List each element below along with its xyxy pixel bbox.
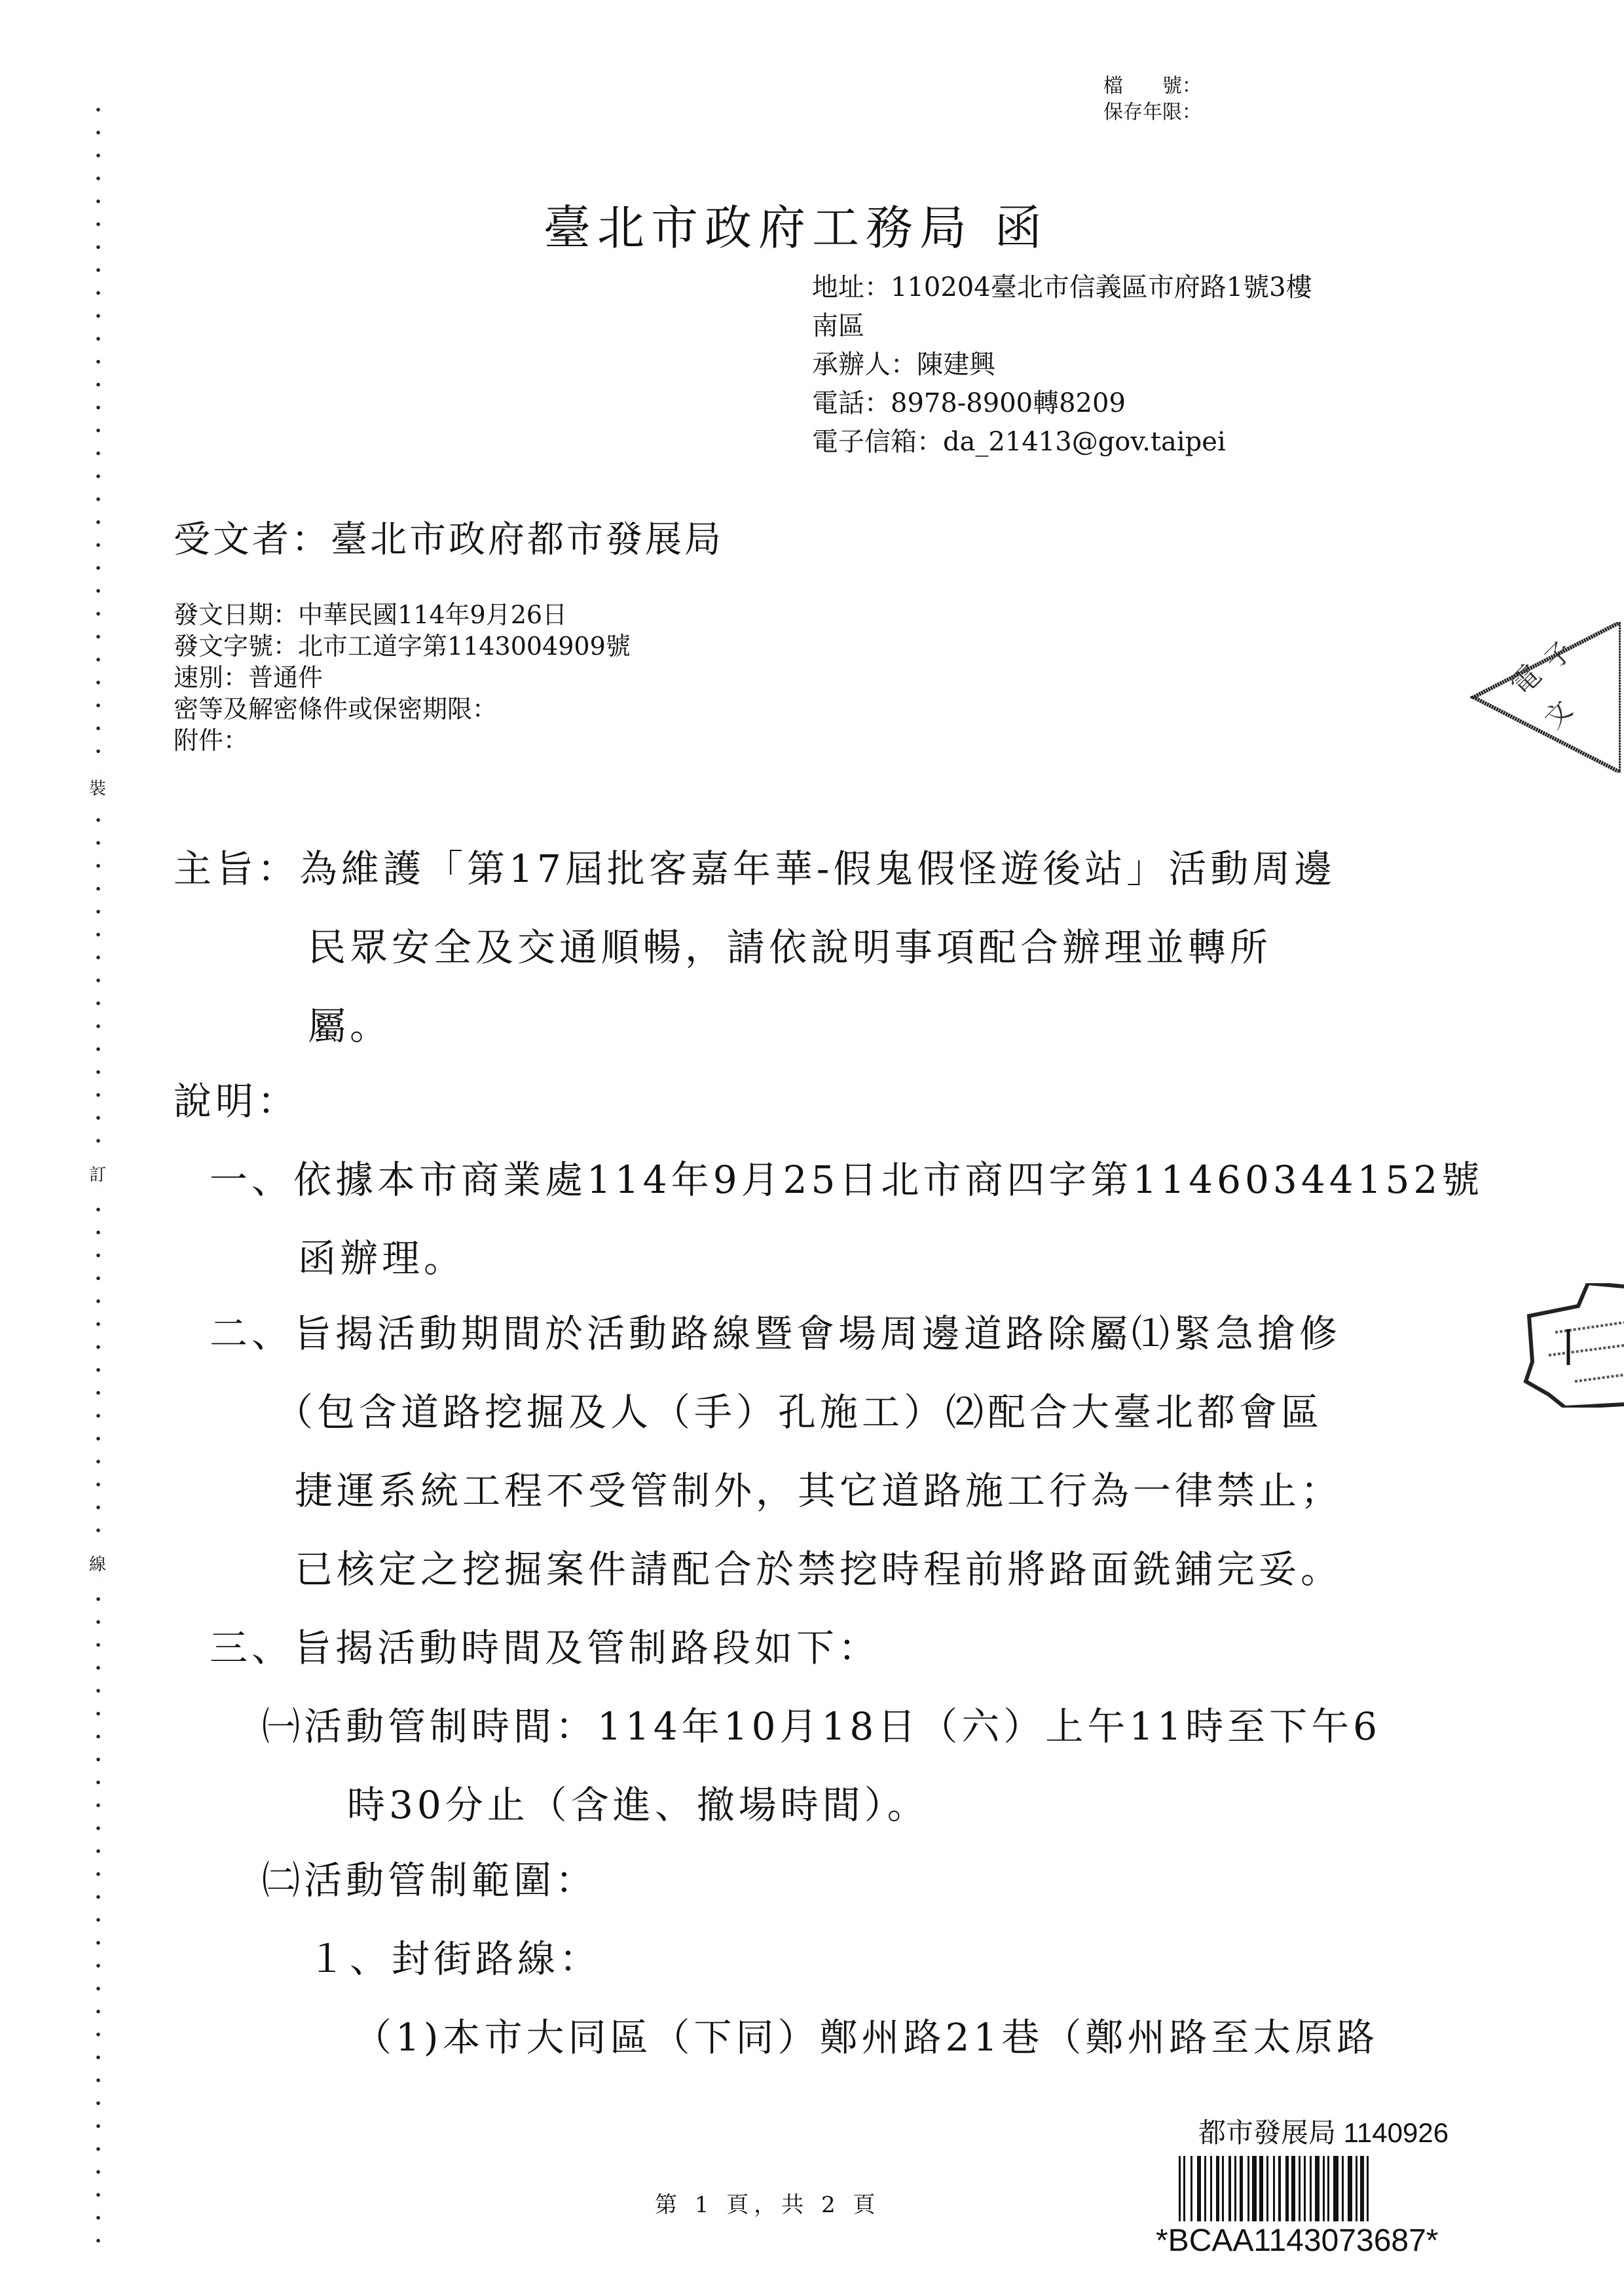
retention-label: 保存年限： (1103, 100, 1202, 126)
subject-label: 主旨： (174, 847, 299, 891)
classification: 密等及解密條件或保密期限： (174, 693, 631, 725)
issue-date: 發文日期：中華民國114年9月26日 (174, 599, 631, 630)
document-meta: 發文日期：中華民國114年9月26日 發文字號：北市工道字第1143004909… (174, 599, 631, 756)
explanation-label: 說明： (174, 1070, 299, 1125)
explanation-item1-line2: 函辦理。 (298, 1228, 466, 1283)
barcode-icon (1179, 2156, 1395, 2221)
subject-line3: 屬。 (308, 995, 392, 1050)
attachments: 附件： (174, 725, 631, 756)
explanation-item2-line1: 二、旨揭活動期間於活動路線暨會場周邊道路除屬⑴緊急搶修 (210, 1303, 1341, 1358)
binding-label-zhuang: 裝 (89, 773, 106, 802)
address-line1: 地址：110204臺北市信義區市府路1號3樓 (812, 268, 1312, 307)
barcode-block: 都市發展局 1140926 *BCAA1143073687* (1146, 2111, 1493, 2259)
subject-line1: 主旨：為維護「第17屆批客嘉年華-假鬼假怪遊後站」活動周邊 (174, 838, 1336, 893)
subject-line2: 民眾安全及交通順暢，請依說明事項配合辦理並轉所 (308, 917, 1272, 972)
svg-text:電: 電 (1504, 659, 1548, 702)
file-meta: 檔 號： 保存年限： (1103, 73, 1202, 126)
binding-label-ding: 訂 (89, 1159, 106, 1188)
explanation-item3-sub1-line1: ㈠活動管制時間：114年10月18日（六）上午11時至下午6 (262, 1696, 1381, 1751)
doc-number: 發文字號：北市工道字第1143004909號 (174, 630, 631, 662)
subject-text-line1: 為維護「第17屆批客嘉年華-假鬼假怪遊後站」活動周邊 (299, 847, 1336, 891)
explanation-item3-sub2-line1: ㈡活動管制範圍： (262, 1850, 597, 1904)
phone: 電話：8978-8900轉8209 (812, 384, 1312, 423)
explanation-item3-line1: 三、旨揭活動時間及管制路段如下： (210, 1617, 880, 1672)
file-number-label: 檔 號： (1103, 73, 1202, 100)
svg-text:子: 子 (1539, 636, 1579, 676)
explanation-item2-line3: 捷運系統工程不受管制外，其它道路施工行為一律禁止； (295, 1460, 1342, 1515)
explanation-item3-sub2-item1-a: （1)本市大同區（下同）鄭州路21巷（鄭州路至太原路 (354, 2007, 1378, 2062)
explanation-item3-sub2-item1: １、封街路線： (308, 1928, 601, 1983)
partial-seal-stamp-icon (1503, 1283, 1624, 1408)
explanation-item1-line1: 一、依據本市商業處114年9月25日北市商四字第11460344152號 (210, 1149, 1483, 1204)
explanation-item3-sub1-line2: 時30分止（含進、撤場時間）。 (347, 1774, 929, 1829)
contact-person: 承辦人：陳建興 (812, 346, 1312, 384)
priority: 速別：普通件 (174, 662, 631, 693)
barcode-caption: 都市發展局 1140926 (1198, 2111, 1493, 2151)
svg-text:文: 文 (1539, 695, 1579, 735)
page-number: 第 1 頁，共 2 頁 (655, 2187, 881, 2219)
explanation-item2-line2: （包含道路挖掘及人（手）孔施工）⑵配合大臺北都會區 (275, 1381, 1323, 1436)
email: 電子信箱：da_21413@gov.taipei (812, 423, 1312, 462)
address-line2: 南區 (812, 307, 1312, 346)
explanation-item2-line4: 已核定之挖掘案件請配合於禁挖時程前將路面銑鋪完妥。 (295, 1539, 1342, 1594)
sender-info: 地址：110204臺北市信義區市府路1號3樓 南區 承辦人：陳建興 電話：897… (812, 268, 1312, 462)
recipient: 受文者：臺北市政府都市發展局 (174, 511, 724, 563)
electronic-document-stamp-icon: 電 子 文 (1470, 622, 1621, 773)
binding-label-xian: 線 (89, 1548, 106, 1578)
barcode-number: *BCAA1143073687* (1156, 2223, 1493, 2259)
document-title: 臺北市政府工務局 函 (544, 190, 1048, 258)
